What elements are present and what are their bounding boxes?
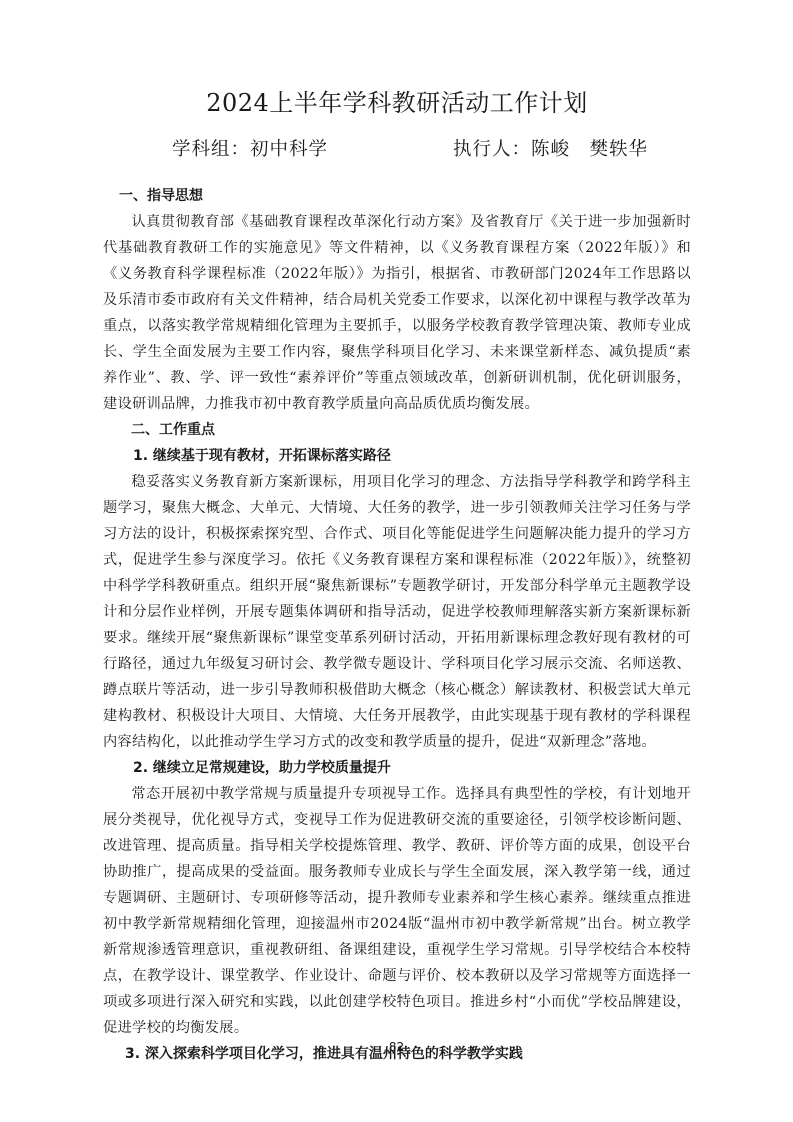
paragraph-subsection-1: 稳妥落实义务教育新方案新课标，用项目化学习的理念、方法指导学科教学和跨学科主题学… xyxy=(103,469,691,755)
section-heading-guiding-ideology: 一、指导思想 xyxy=(103,183,691,209)
document-body: 一、指导思想 认真贯彻教育部《基础教育课程改革深化行动方案》及省教育厅《关于进一… xyxy=(103,183,691,1067)
section-heading-work-focus: 二、工作重点 xyxy=(103,417,691,443)
subsection-heading-2: 2. 继续立足常规建设，助力学校质量提升 xyxy=(103,755,691,781)
subject-group: 学科组：初中科学 xyxy=(172,138,328,162)
paragraph-subsection-2: 常态开展初中教学常规与质量提升专项视导工作。选择具有典型性的学校，有计划地开展分… xyxy=(103,781,691,1041)
subsection-heading-1: 1. 继续基于现有教材，开拓课标落实路径 xyxy=(103,443,691,469)
executors: 执行人：陈峻 樊轶华 xyxy=(453,138,648,162)
page-number: 82 xyxy=(0,1040,793,1054)
paragraph-guiding-ideology: 认真贯彻教育部《基础教育课程改革深化行动方案》及省教育厅《关于进一步加强新时代基… xyxy=(103,209,691,417)
document-title: 2024上半年学科教研活动工作计划 xyxy=(103,88,691,118)
